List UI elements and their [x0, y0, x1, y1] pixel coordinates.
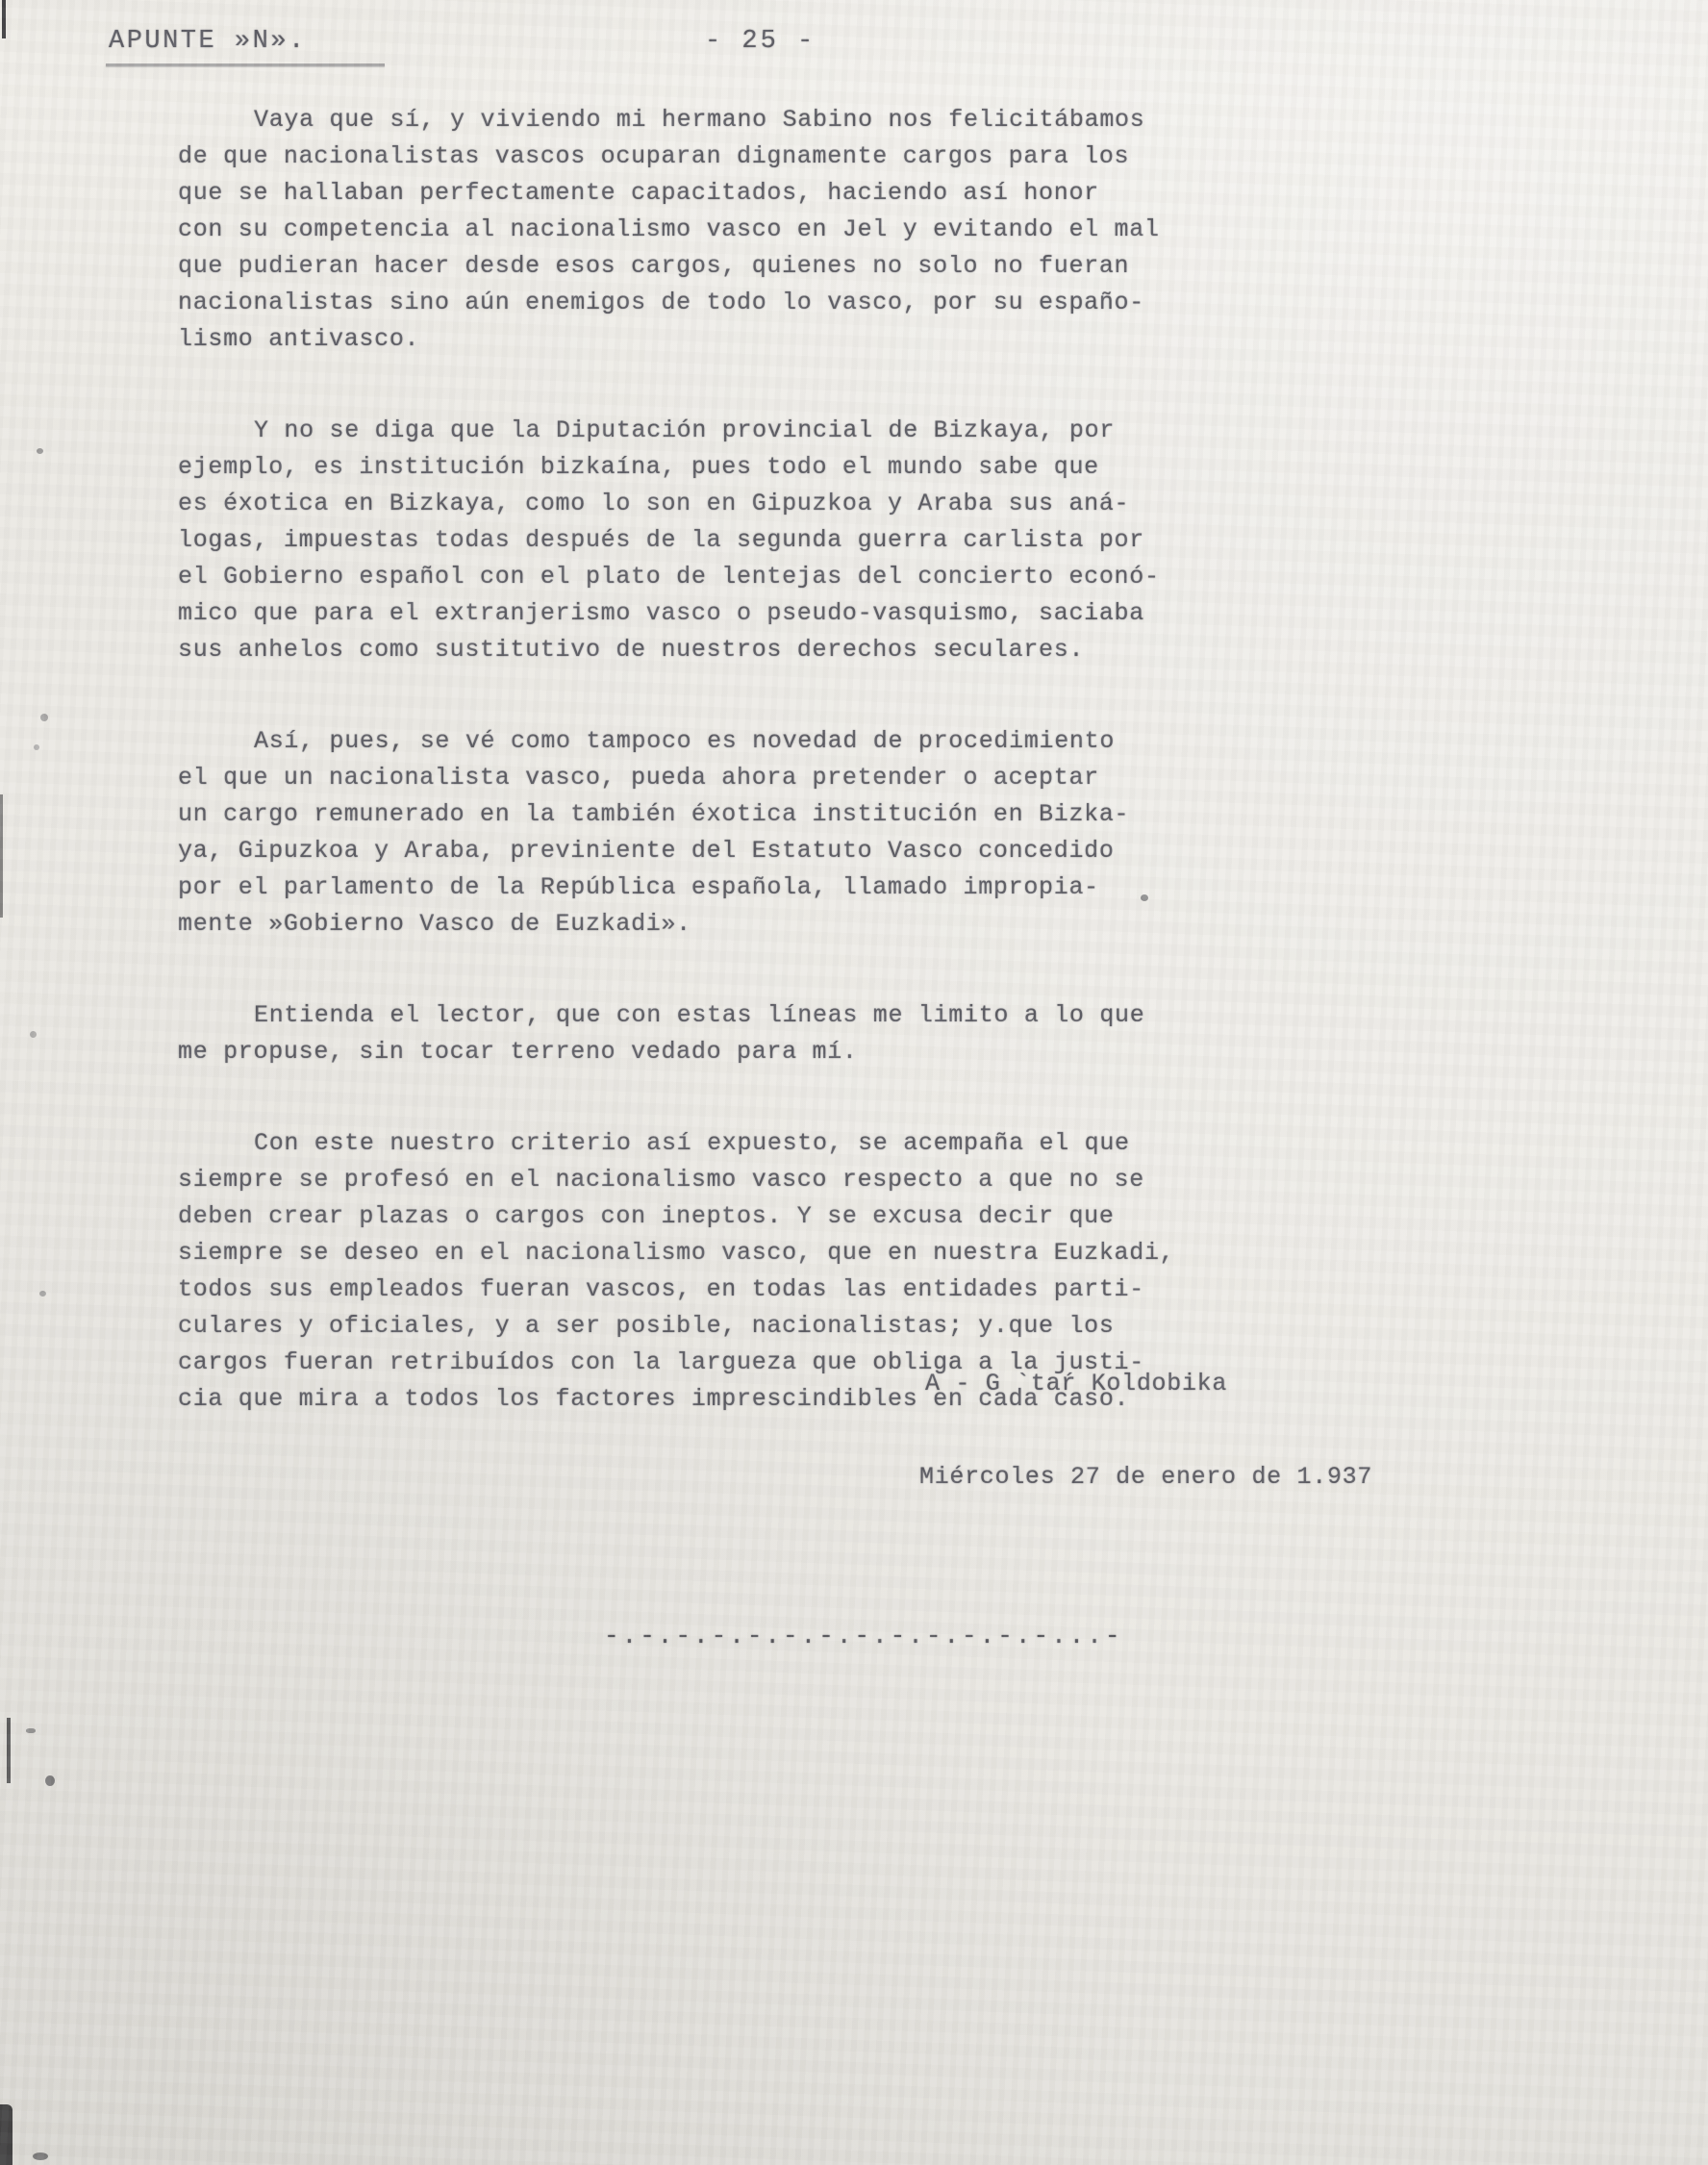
text-line: sus anhelos como sustitutivo de nuestros… [178, 632, 1245, 668]
page-number: - 25 - [705, 27, 816, 56]
text-line: mico que para el extranjerismo vasco o p… [178, 595, 1245, 632]
text-line: el Gobierno español con el plato de lent… [178, 559, 1245, 595]
date-line: Miércoles 27 de enero de 1.937 [919, 1463, 1372, 1491]
end-separator: -.-.-.-.-.-.-.-.-.-.-.-.-...- [604, 1622, 1122, 1650]
text-line: deben crear plazas o cargos con ineptos.… [178, 1198, 1245, 1235]
text-line: Entienda el lector, que con estas líneas… [178, 997, 1245, 1034]
text-line: siempre se profesó en el nacionalismo va… [178, 1162, 1245, 1198]
text-line: que se hallaban perfectamente capacitado… [178, 175, 1245, 212]
text-line: nacionalistas sino aún enemigos de todo … [178, 285, 1245, 321]
paragraph: Entienda el lector, que con estas líneas… [178, 997, 1245, 1070]
dust-speck [39, 1291, 46, 1296]
text-line: me propuse, sin tocar terreno vedado par… [178, 1034, 1245, 1070]
dust-speck [45, 1775, 55, 1786]
paragraph: Y no se diga que la Diputación provincia… [178, 413, 1245, 668]
paragraph: Vaya que sí, y viviendo mi hermano Sabin… [178, 102, 1245, 358]
text-line: ya, Gipuzkoa y Araba, previniente del Es… [178, 833, 1245, 869]
dust-speck [26, 1728, 36, 1733]
text-line: el que un nacionalista vasco, pueda ahor… [178, 760, 1245, 796]
text-line: logas, impuestas todas después de la seg… [178, 522, 1245, 559]
dust-speck [34, 744, 39, 750]
text-line: es éxotica en Bizkaya, como lo son en Gi… [178, 486, 1245, 522]
text-line: culares y oficiales, y a ser posible, na… [178, 1308, 1245, 1345]
dust-speck [40, 714, 48, 721]
text-line: Con este nuestro criterio así expuesto, … [178, 1125, 1245, 1162]
scan-edge-mark [7, 1718, 11, 1783]
text-line: Así, pues, se vé como tampoco es novedad… [178, 723, 1245, 760]
text-line: Vaya que sí, y viviendo mi hermano Sabin… [178, 102, 1245, 138]
text-line: por el parlamento de la República españo… [178, 869, 1245, 906]
scan-edge-mark [0, 794, 3, 918]
text-line: con su competencia al nacionalismo vasco… [178, 212, 1245, 248]
header-underline [106, 63, 385, 66]
dust-speck [37, 448, 43, 454]
scan-edge-mark [2, 0, 6, 38]
text-line: lismo antivasco. [178, 321, 1245, 358]
document-header-title: APUNTE »N». [109, 27, 307, 56]
text-line: siempre se deseo en el nacionalismo vasc… [178, 1235, 1245, 1271]
scan-edge-mark [0, 2104, 13, 2165]
document-body: Vaya que sí, y viviendo mi hermano Sabin… [178, 102, 1245, 1473]
text-line: mente »Gobierno Vasco de Euzkadi». [178, 906, 1245, 943]
text-line: de que nacionalistas vascos ocuparan dig… [178, 138, 1245, 175]
text-line: un cargo remunerado en la también éxotic… [178, 796, 1245, 833]
document-page: APUNTE »N». - 25 - Vaya que sí, y vivien… [0, 0, 1708, 2165]
scan-edge-mark [33, 2152, 48, 2160]
text-line: Y no se diga que la Diputación provincia… [178, 413, 1245, 449]
paragraph: Así, pues, se vé como tampoco es novedad… [178, 723, 1245, 943]
dust-speck [30, 1031, 37, 1038]
text-line: que pudieran hacer desde esos cargos, qu… [178, 248, 1245, 285]
text-line: todos sus empleados fueran vascos, en to… [178, 1271, 1245, 1308]
signature-line: A - G `taŕ Koldobika [925, 1370, 1227, 1397]
text-line: ejemplo, es institución bizkaína, pues t… [178, 449, 1245, 486]
